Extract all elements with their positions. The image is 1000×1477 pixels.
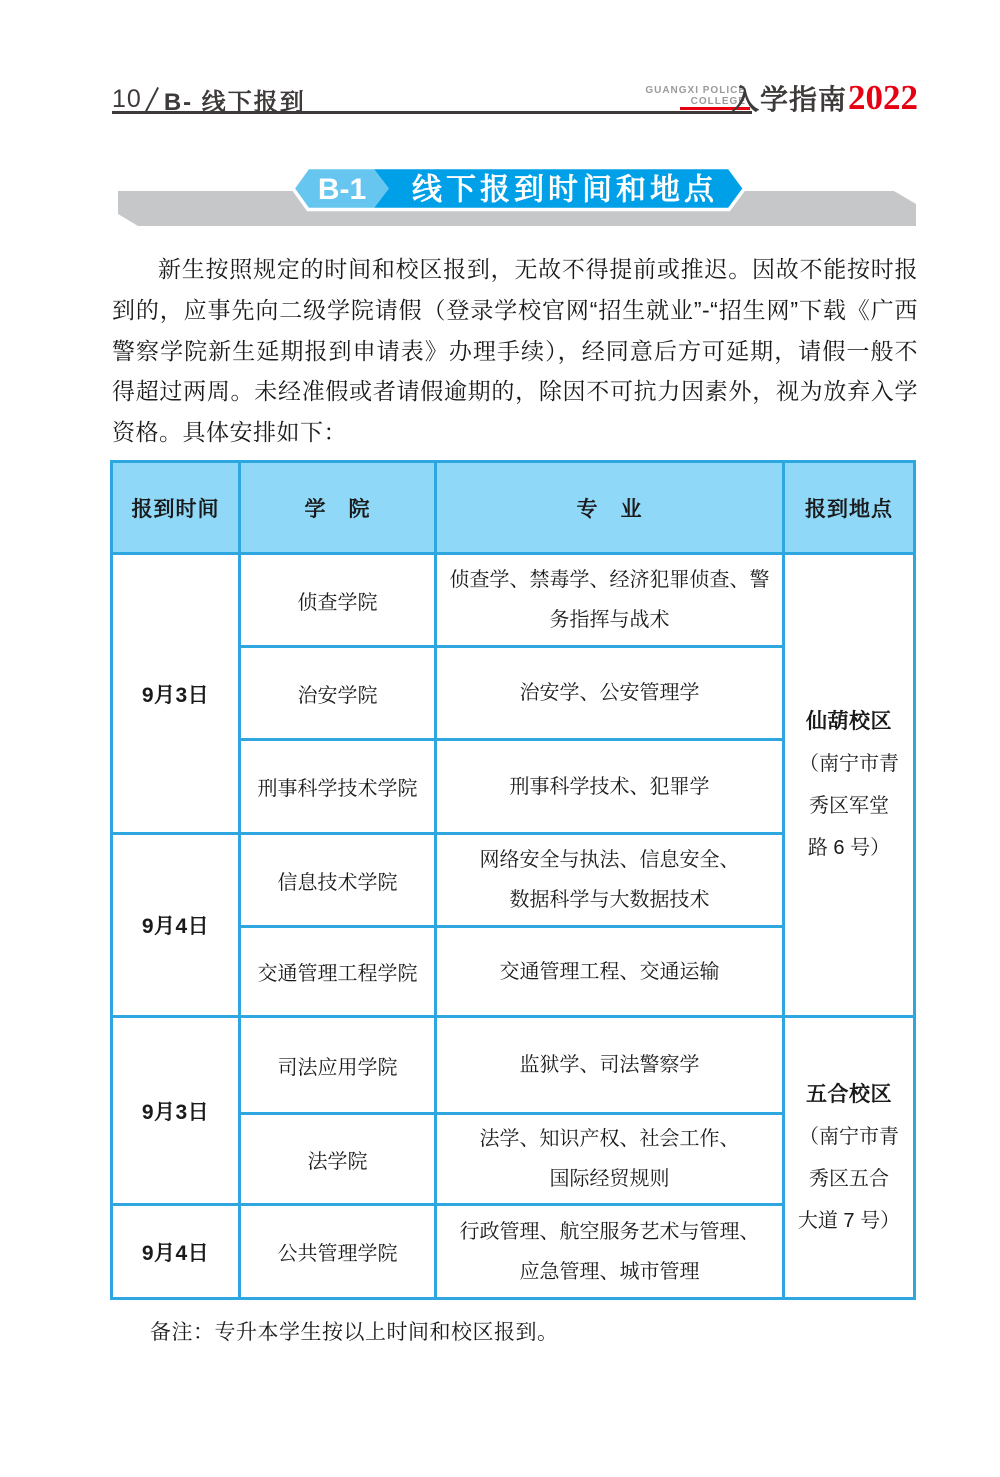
document-page: 10 B- 线下报到 GUANGXI POLICE COLLEGE 入学指南 2… [0,0,1000,1477]
majors-cell: 法学、知识产权、社会工作、 国际经贸规则 [436,1114,784,1205]
banner-badge: B-1 线下报到时间和地点 [291,165,747,212]
table-row: 9月3日 司法应用学院 监狱学、司法警察学 五合校区 （南宁市青 秀区五合 大道… [112,1017,915,1114]
banner-title: 线下报到时间和地点 [412,173,718,207]
registration-table: 报到时间 学 院 专 业 报到地点 9月3日 侦查学院 侦查学、禁毒学、经济犯罪… [110,460,916,1300]
section-banner: B-1 线下报到时间和地点 [112,165,918,229]
header-rule [112,111,752,114]
date-cell: 9月3日 [112,554,240,834]
majors-cell: 监狱学、司法警察学 [436,1017,784,1114]
college-cell: 司法应用学院 [240,1017,436,1114]
col-header-college: 学 院 [240,462,436,554]
majors-cell: 刑事科学技术、犯罪学 [436,740,784,834]
campus-name: 仙葫校区 [787,701,911,743]
col-header-location: 报到地点 [784,462,915,554]
college-cell: 法学院 [240,1114,436,1205]
col-header-major: 专 业 [436,462,784,554]
table-header-row: 报到时间 学 院 专 业 报到地点 [112,462,915,554]
majors-cell: 治安学、公安管理学 [436,647,784,740]
majors-cell: 侦查学、禁毒学、经济犯罪侦查、警 务指挥与战术 [436,554,784,647]
campus-name: 五合校区 [787,1074,911,1116]
campus-cell: 仙葫校区 （南宁市青 秀区军堂 路 6 号） [784,554,915,1017]
college-cell: 公共管理学院 [240,1205,436,1299]
campus-address: （南宁市青 秀区五合 大道 7 号） [787,1116,911,1242]
footnote: 备注：专升本学生按以上时间和校区报到。 [150,1316,559,1346]
col-header-time: 报到时间 [112,462,240,554]
date-cell: 9月4日 [112,1205,240,1299]
college-cell: 治安学院 [240,647,436,740]
majors-cell: 交通管理工程、交通运输 [436,927,784,1017]
guide-title-cn: 入学指南 [731,78,847,118]
intro-paragraph: 新生按照规定的时间和校区报到，无故不得提前或推迟。因故不能按时报到的，应事先向二… [112,249,918,453]
table-row: 9月3日 侦查学院 侦查学、禁毒学、经济犯罪侦查、警 务指挥与战术 仙葫校区 （… [112,554,915,647]
date-cell: 9月4日 [112,834,240,1017]
campus-address: （南宁市青 秀区军堂 路 6 号） [787,743,911,869]
college-cell: 刑事科学技术学院 [240,740,436,834]
college-cell: 信息技术学院 [240,834,436,927]
date-cell: 9月3日 [112,1017,240,1205]
backslash-divider-icon [145,87,159,112]
majors-cell: 网络安全与执法、信息安全、 数据科学与大数据技术 [436,834,784,927]
college-cell: 交通管理工程学院 [240,927,436,1017]
page-number: 10 [112,85,142,114]
campus-cell: 五合校区 （南宁市青 秀区五合 大道 7 号） [784,1017,915,1299]
banner-tag: B-1 [318,173,366,206]
majors-cell: 行政管理、航空服务艺术与管理、 应急管理、城市管理 [436,1205,784,1299]
guide-title: 入学指南 2022 [731,78,918,118]
guide-year: 2022 [848,78,918,118]
page-header: 10 B- 线下报到 GUANGXI POLICE COLLEGE 入学指南 2… [112,82,918,118]
college-cell: 侦查学院 [240,554,436,647]
